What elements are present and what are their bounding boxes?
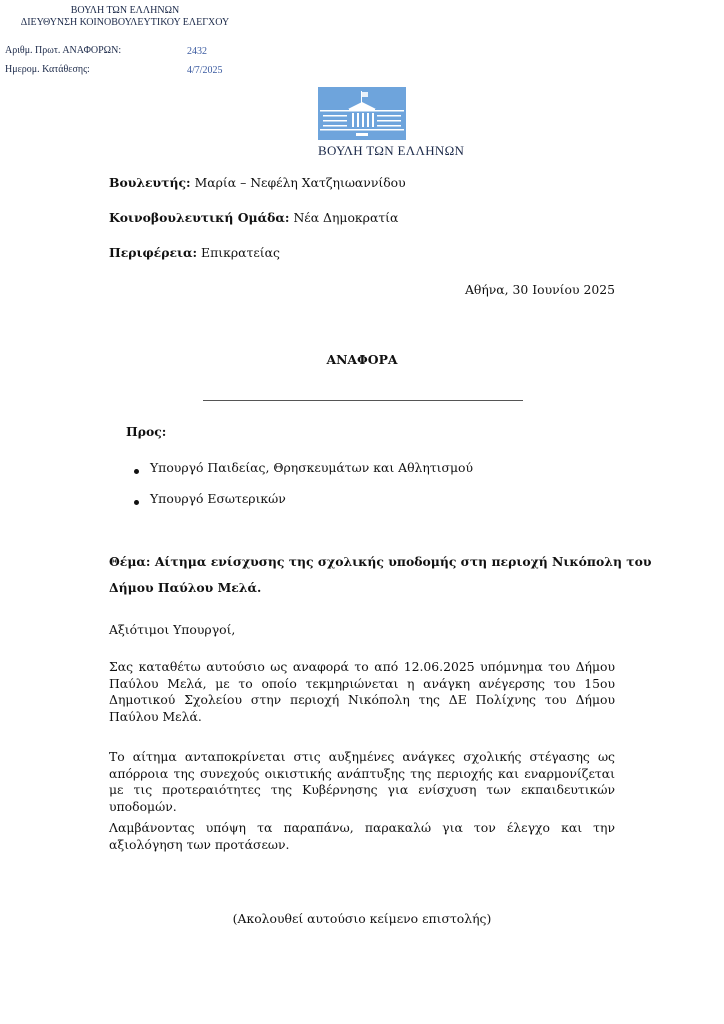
party-label: Κοινοβουλευτική Ομάδα: xyxy=(109,210,290,225)
place-date: Αθήνα, 30 Ιουνίου 2025 xyxy=(465,282,615,297)
title-divider xyxy=(203,400,523,401)
org-department: ΔΙΕΥΘΥΝΣΗ ΚΟΙΝΟΒΟΥΛΕΥΤΙΚΟΥ ΕΛΕΓΧΟΥ xyxy=(0,17,250,29)
party-value: Νέα Δημοκρατία xyxy=(293,210,398,225)
attachment-note: (Ακολουθεί αυτούσιο κείμενο επιστολής) xyxy=(0,911,724,926)
filing-date-value: 4/7/2025 xyxy=(187,65,223,76)
mp-label: Βουλευτής: xyxy=(109,175,191,190)
region-value: Επικρατείας xyxy=(201,245,280,260)
bullet-icon xyxy=(134,500,139,505)
protocol-label: Αριθμ. Πρωτ. ΑΝΑΦΟΡΩΝ: xyxy=(5,45,121,56)
paragraph-3: Λαμβάνοντας υπόψη τα παραπάνω, παρακαλώ … xyxy=(109,820,615,853)
bullet-icon xyxy=(134,469,139,474)
subject-line-1: Θέμα: Αίτημα ενίσχυσης της σχολικής υποδ… xyxy=(109,554,651,569)
party-line: Κοινοβουλευτική Ομάδα: Νέα Δημοκρατία xyxy=(109,210,398,225)
recipients-label: Προς: xyxy=(126,424,166,439)
subject-line-2: Δήμου Παύλου Μελά. xyxy=(109,580,261,595)
document-title: ΑΝΑΦΟΡΑ xyxy=(0,352,724,367)
region-line: Περιφέρεια: Επικρατείας xyxy=(109,245,280,260)
paragraph-1: Σας καταθέτω αυτούσιο ως αναφορά το από … xyxy=(109,659,615,725)
logo-caption: ΒΟΥΛΗ ΤΩΝ ΕΛΛΗΝΩΝ xyxy=(318,143,464,159)
recipient-name: Υπουργό Παιδείας, Θρησκευμάτων και Αθλητ… xyxy=(150,460,473,475)
protocol-value: 2432 xyxy=(187,46,207,57)
org-name: ΒΟΥΛΗ ΤΩΝ ΕΛΛΗΝΩΝ xyxy=(0,5,250,17)
region-label: Περιφέρεια: xyxy=(109,245,197,260)
mp-value: Μαρία – Νεφέλη Χατζηιωαννίδου xyxy=(195,175,406,190)
recipient-name: Υπουργό Εσωτερικών xyxy=(150,491,286,506)
paragraph-2: Το αίτημα ανταποκρίνεται στις αυξημένες … xyxy=(109,749,615,815)
mp-line: Βουλευτής: Μαρία – Νεφέλη Χατζηιωαννίδου xyxy=(109,175,406,190)
salutation: Αξιότιμοι Υπουργοί, xyxy=(109,622,235,637)
parliament-building-icon xyxy=(318,87,406,140)
filing-date-label: Ημερομ. Κατάθεσης: xyxy=(5,64,90,75)
